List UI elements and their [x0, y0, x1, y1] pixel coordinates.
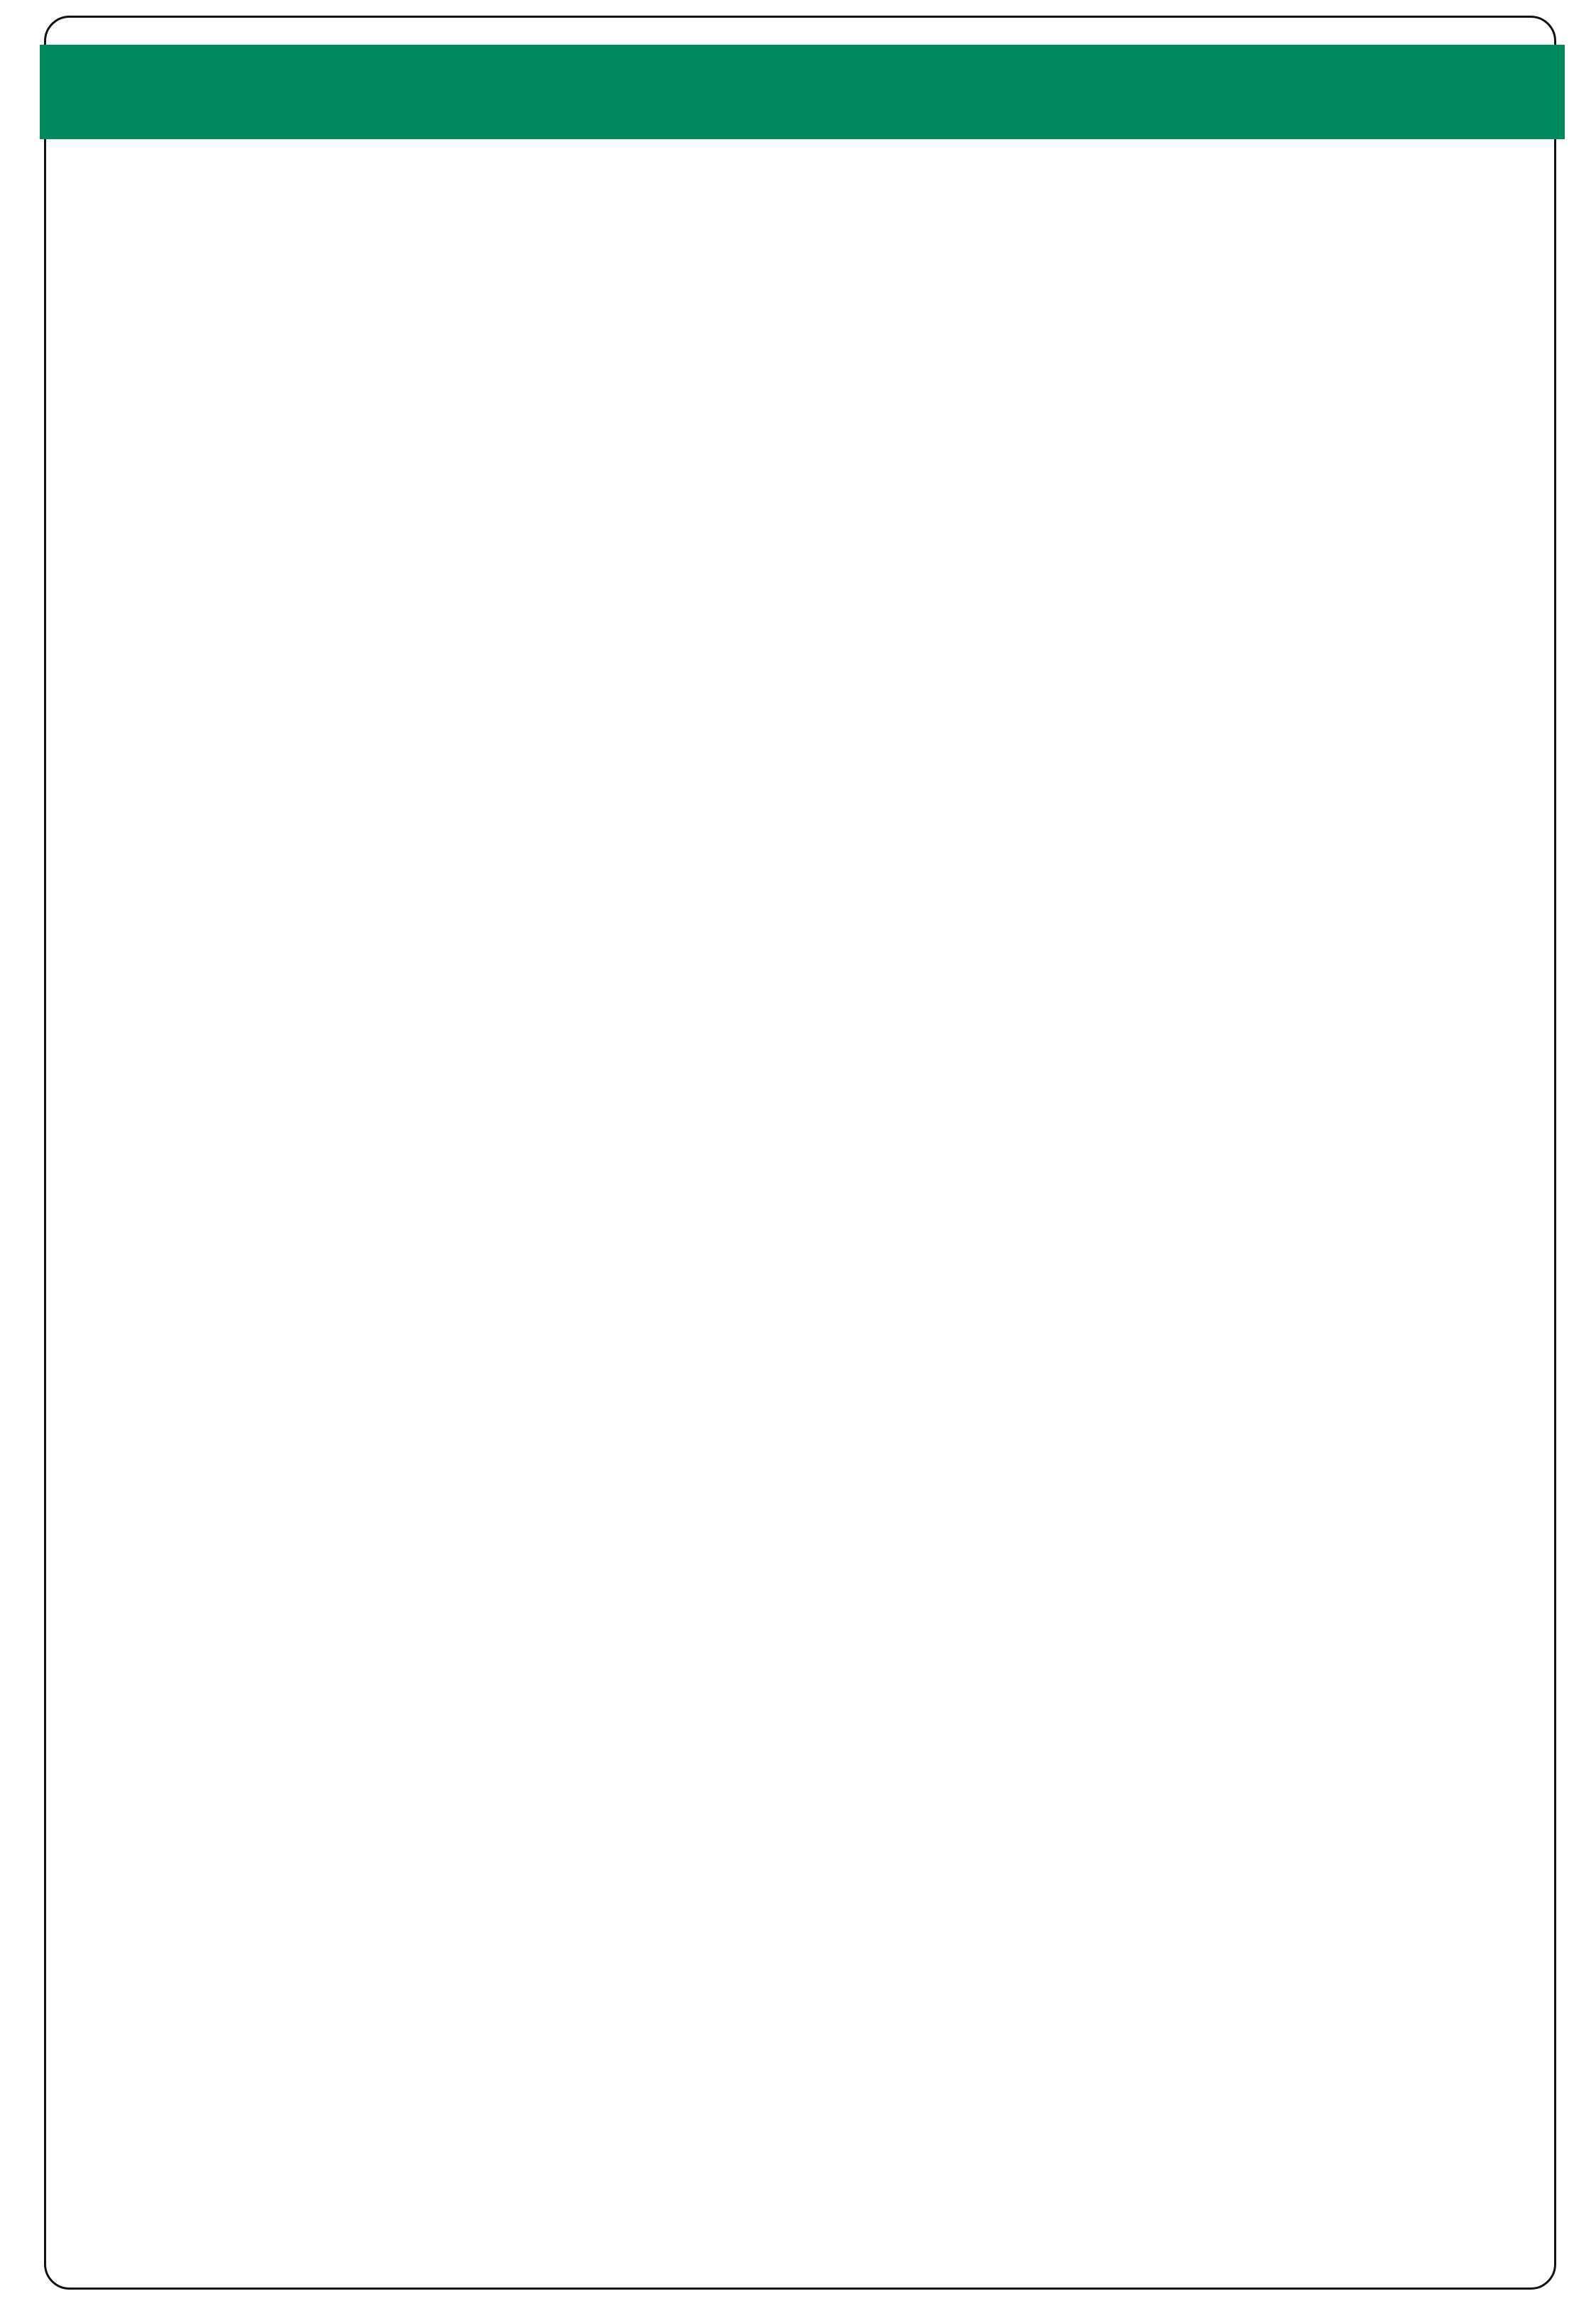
table-header: [40, 45, 1565, 139]
page-frame: [44, 16, 1556, 2290]
